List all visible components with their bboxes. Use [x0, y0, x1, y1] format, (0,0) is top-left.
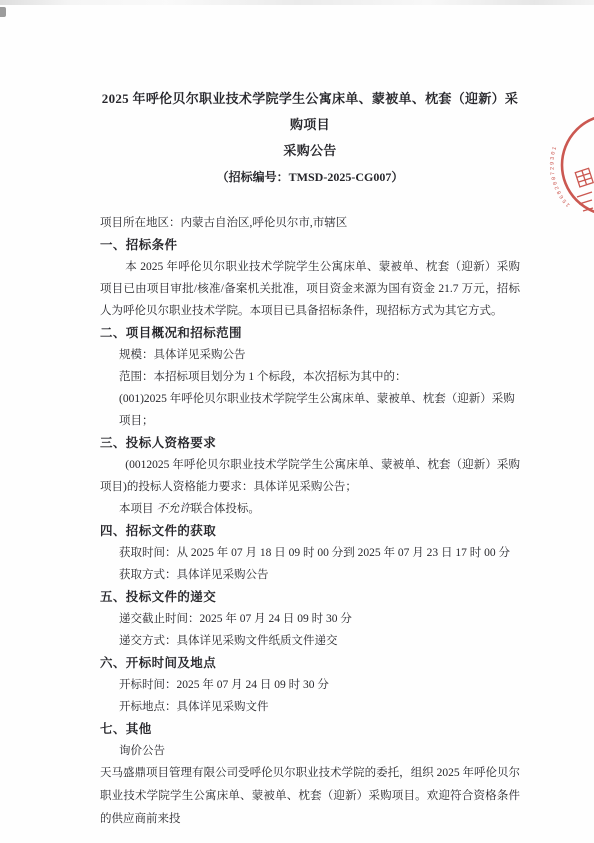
section-7-inquiry-line: 询价公告 — [100, 740, 520, 762]
section-6-open-time-line: 开标时间：2025 年 07 月 24 日 09 时 30 分 — [100, 674, 520, 696]
section-5-deadline-line: 递交截止时间：2025 年 07 月 24 日 09 时 30 分 — [100, 608, 520, 630]
section-5-method-line: 递交方式：具体详见采购文件纸质文件递交 — [100, 630, 520, 652]
section-3-heading: 三、投标人资格要求 — [100, 432, 520, 454]
doc-title-line1: 2025 年呼伦贝尔职业技术学院学生公寓床单、蒙被单、枕套（迎新）采购项目 — [100, 86, 520, 138]
section-3-paragraph: (0012025 年呼伦贝尔职业技术学院学生公寓床单、蒙被单、枕套（迎新）采购项… — [100, 454, 520, 498]
section-4-heading: 四、招标文件的获取 — [100, 520, 520, 542]
project-location: 项目所在地区：内蒙古自治区,呼伦贝尔市,市辖区 — [100, 212, 520, 234]
section-2-heading: 二、项目概况和招标范围 — [100, 322, 520, 344]
section-7-heading: 七、其他 — [100, 718, 520, 740]
jv-emphasis: 不允许 — [156, 503, 191, 515]
section-6-heading: 六、开标时间及地点 — [100, 652, 520, 674]
doc-title-line2: 采购公告 — [100, 138, 520, 164]
section-5-heading: 五、投标文件的递交 — [100, 586, 520, 608]
seal-code-digits: 1568200729301 — [548, 144, 571, 208]
section-4-obtain-method-line: 获取方式：具体详见采购公告 — [100, 564, 520, 586]
section-3-joint-venture-line: 本项目 不允许联合体投标。 — [100, 498, 520, 520]
jv-prefix: 本项目 — [119, 503, 156, 515]
section-2-lot-line: (001)2025 年呼伦贝尔职业技术学院学生公寓床单、蒙被单、枕套（迎新）采购… — [100, 388, 520, 432]
scan-artifact-blot — [0, 7, 6, 17]
section-2-scope-line: 范围：本招标项目划分为 1 个标段，本次招标为其中的： — [100, 366, 520, 388]
seal-inner-strokes — [577, 192, 593, 211]
jv-suffix: 联合体投标。 — [191, 503, 260, 515]
section-1-heading: 一、招标条件 — [100, 234, 520, 256]
closing-paragraph: 天马盛鼎项目管理有限公司受呼伦贝尔职业技术学院的委托，组织 2025 年呼伦贝尔… — [100, 762, 520, 831]
scan-artifact-top — [0, 0, 594, 5]
seal-inner-characters — [575, 168, 593, 187]
official-seal-icon: 1568200729301 — [540, 95, 594, 235]
svg-text:1568200729301: 1568200729301 — [548, 144, 571, 208]
section-2-scale-line: 规模：具体详见采购公告 — [100, 344, 520, 366]
section-1-paragraph: 本 2025 年呼伦贝尔职业技术学院学生公寓床单、蒙被单、枕套（迎新）采购项目已… — [100, 256, 520, 322]
document-content: 2025 年呼伦贝尔职业技术学院学生公寓床单、蒙被单、枕套（迎新）采购项目 采购… — [100, 86, 520, 831]
tender-number: （招标编号：TMSD-2025-CG007） — [100, 164, 520, 190]
document-page: 1568200729301 2025 年呼伦贝尔职业技术学院学生公寓床单、蒙被单… — [0, 0, 594, 843]
section-6-open-place-line: 开标地点：具体详见采购文件 — [100, 696, 520, 718]
seal-circle — [562, 115, 594, 215]
section-4-obtain-time-line: 获取时间：从 2025 年 07 月 18 日 09 时 00 分到 2025 … — [100, 542, 520, 564]
